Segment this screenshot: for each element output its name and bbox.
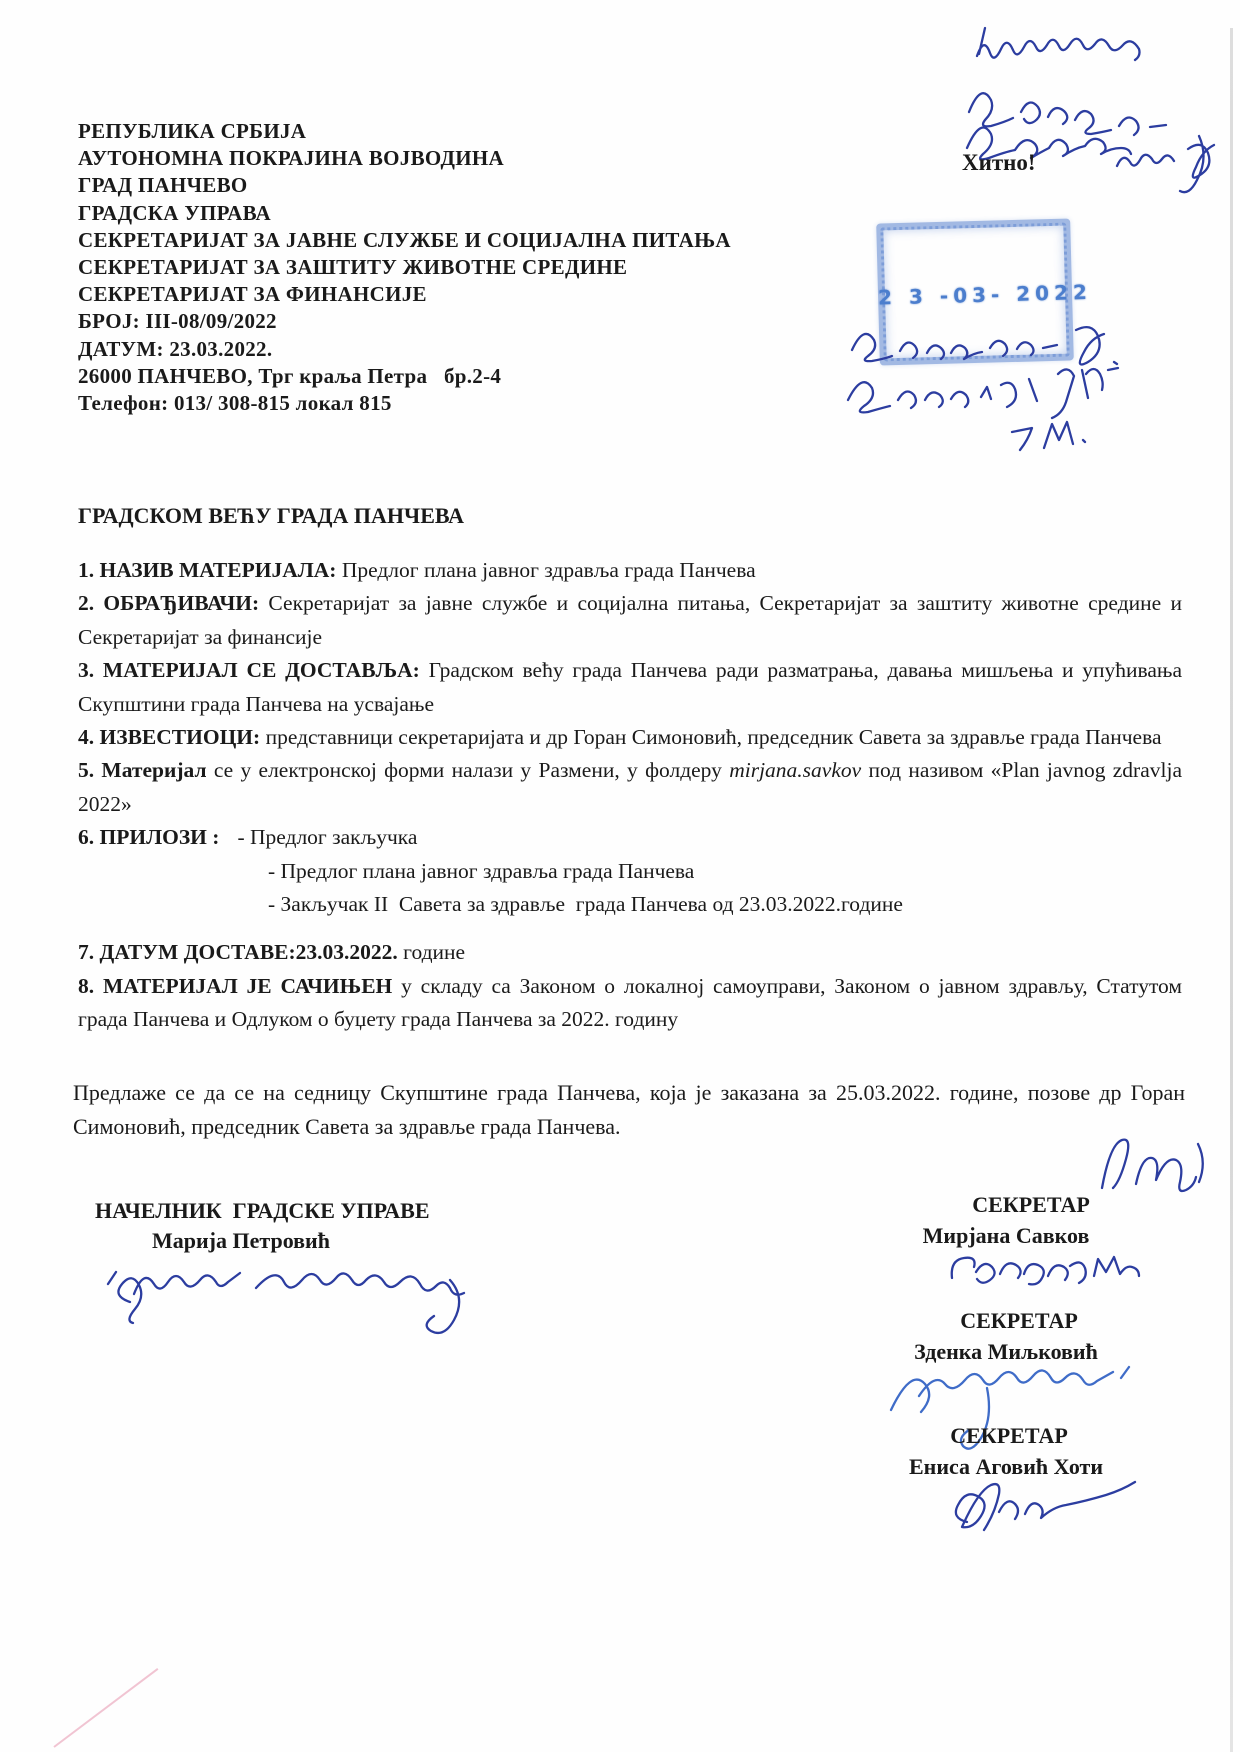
item-text: представници секретаријата и др Горан Си… — [260, 725, 1161, 749]
scanned-document-page: Хитно! РЕПУБЛИКА СРБИЈА АУТОНОМНА ПОКРАЈ… — [0, 0, 1240, 1752]
item-label: 8. МАТЕРИЈАЛ ЈЕ САЧИЊЕН — [78, 974, 392, 998]
item-text: се у електронској форми налази у Размени… — [207, 758, 730, 782]
closing-paragraph: Предлаже се да се на седницу Скупштине г… — [73, 1076, 1185, 1144]
scan-pink-line-artifact — [53, 1668, 158, 1748]
signatory-title: СЕКРЕТАР — [882, 1423, 1136, 1449]
letterhead-line: СЕКРЕТАРИЈАТ ЗА ЈАВНЕ СЛУЖБЕ И СОЦИЈАЛНА… — [78, 227, 731, 254]
item-text: Предлог плана јавног здравља града Панче… — [336, 558, 755, 582]
letterhead-line: ГРАД ПАНЧЕВО — [78, 172, 731, 199]
letterhead-line: ГРАДСКА УПРАВА — [78, 200, 731, 227]
signatory-title: НАЧЕЛНИК ГРАДСКЕ УПРАВЕ — [95, 1198, 430, 1224]
attachment-line: - Предлог закључка — [237, 825, 417, 849]
item-folder-name: mirjana.savkov — [729, 758, 861, 782]
scan-edge-artifact — [1230, 28, 1233, 1752]
signature-agovic-hoti — [935, 1462, 1155, 1550]
list-item-5: 5. Материјал се у електронској форми нал… — [78, 754, 1182, 821]
signatory-title: СЕКРЕТАР — [902, 1308, 1136, 1334]
handwritten-delivery-note — [842, 318, 1142, 456]
urgent-label: Хитно! — [962, 150, 1036, 176]
list-item-8: 8. МАТЕРИЈАЛ ЈЕ САЧИЊЕН у складу са Зако… — [78, 970, 1182, 1037]
letterhead-line: СЕКРЕТАРИЈАТ ЗА ЗАШТИТУ ЖИВОТНЕ СРЕДИНЕ — [78, 254, 731, 281]
item-label: 6. ПРИЛОЗИ : — [78, 825, 219, 849]
list-item-2: 2. ОБРАЂИВАЧИ: Секретаријат за јавне слу… — [78, 587, 1182, 654]
letterhead: РЕПУБЛИКА СРБИЈА АУТОНОМНА ПОКРАЈИНА ВОЈ… — [78, 118, 731, 417]
letterhead-line-address: 26000 ПАНЧЕВО, Трг краља Петра бр.2-4 — [78, 363, 731, 390]
signature-flourish — [1090, 1118, 1240, 1206]
list-item-7: 7. ДАТУМ ДОСТАВЕ:23.03.2022. године — [78, 936, 1182, 969]
item-label: 7. ДАТУМ ДОСТАВЕ:23.03.2022. — [78, 940, 398, 964]
attachment-line: - Закључак II Савета за здравље града Па… — [268, 888, 1182, 921]
item-label: 1. НАЗИВ МАТЕРИЈАЛА: — [78, 558, 336, 582]
item-label: 2. ОБРАЂИВАЧИ: — [78, 591, 259, 615]
recipient-heading: ГРАДСКОМ ВЕЋУ ГРАДА ПАНЧЕВА — [78, 503, 464, 529]
letterhead-line-date: ДАТУМ: 23.03.2022. — [78, 336, 731, 363]
letterhead-line: РЕПУБЛИКА СРБИЈА — [78, 118, 731, 145]
item-label: 3. МАТЕРИЈАЛ СЕ ДОСТАВЉА: — [78, 658, 420, 682]
letterhead-line: СЕКРЕТАРИЈАТ ЗА ФИНАНСИЈЕ — [78, 281, 731, 308]
item-label: 4. ИЗВЕСТИОЦИ: — [78, 725, 260, 749]
letterhead-line-phone: Телефон: 013/ 308-815 локал 815 — [78, 390, 731, 417]
signature-savkov — [930, 1244, 1165, 1302]
list-item-1: 1. НАЗИВ МАТЕРИЈАЛА: Предлог плана јавно… — [78, 554, 1182, 587]
signature-petrovic — [100, 1236, 480, 1354]
handwritten-initials — [1012, 422, 1085, 450]
letterhead-line: АУТОНОМНА ПОКРАЈИНА ВОЈВОДИНА — [78, 145, 731, 172]
list-item-6: 6. ПРИЛОЗИ :- Предлог закључка — [78, 821, 1182, 854]
item-text: године — [398, 940, 465, 964]
stamp-date: 2 3 -03- 2022 — [878, 280, 1073, 309]
list-item-3: 3. МАТЕРИЈАЛ СЕ ДОСТАВЉА: Градском већу … — [78, 654, 1182, 721]
document-body: 1. НАЗИВ МАТЕРИЈАЛА: Предлог плана јавно… — [78, 554, 1182, 1037]
item-label: 5. Материјал — [78, 758, 207, 782]
attachment-line: - Предлог плана јавног здравља града Пан… — [268, 855, 1182, 888]
list-item-4: 4. ИЗВЕСТИОЦИ: представници секретаријат… — [78, 721, 1182, 754]
letterhead-line-number: БРОЈ: III-08/09/2022 — [78, 308, 731, 335]
